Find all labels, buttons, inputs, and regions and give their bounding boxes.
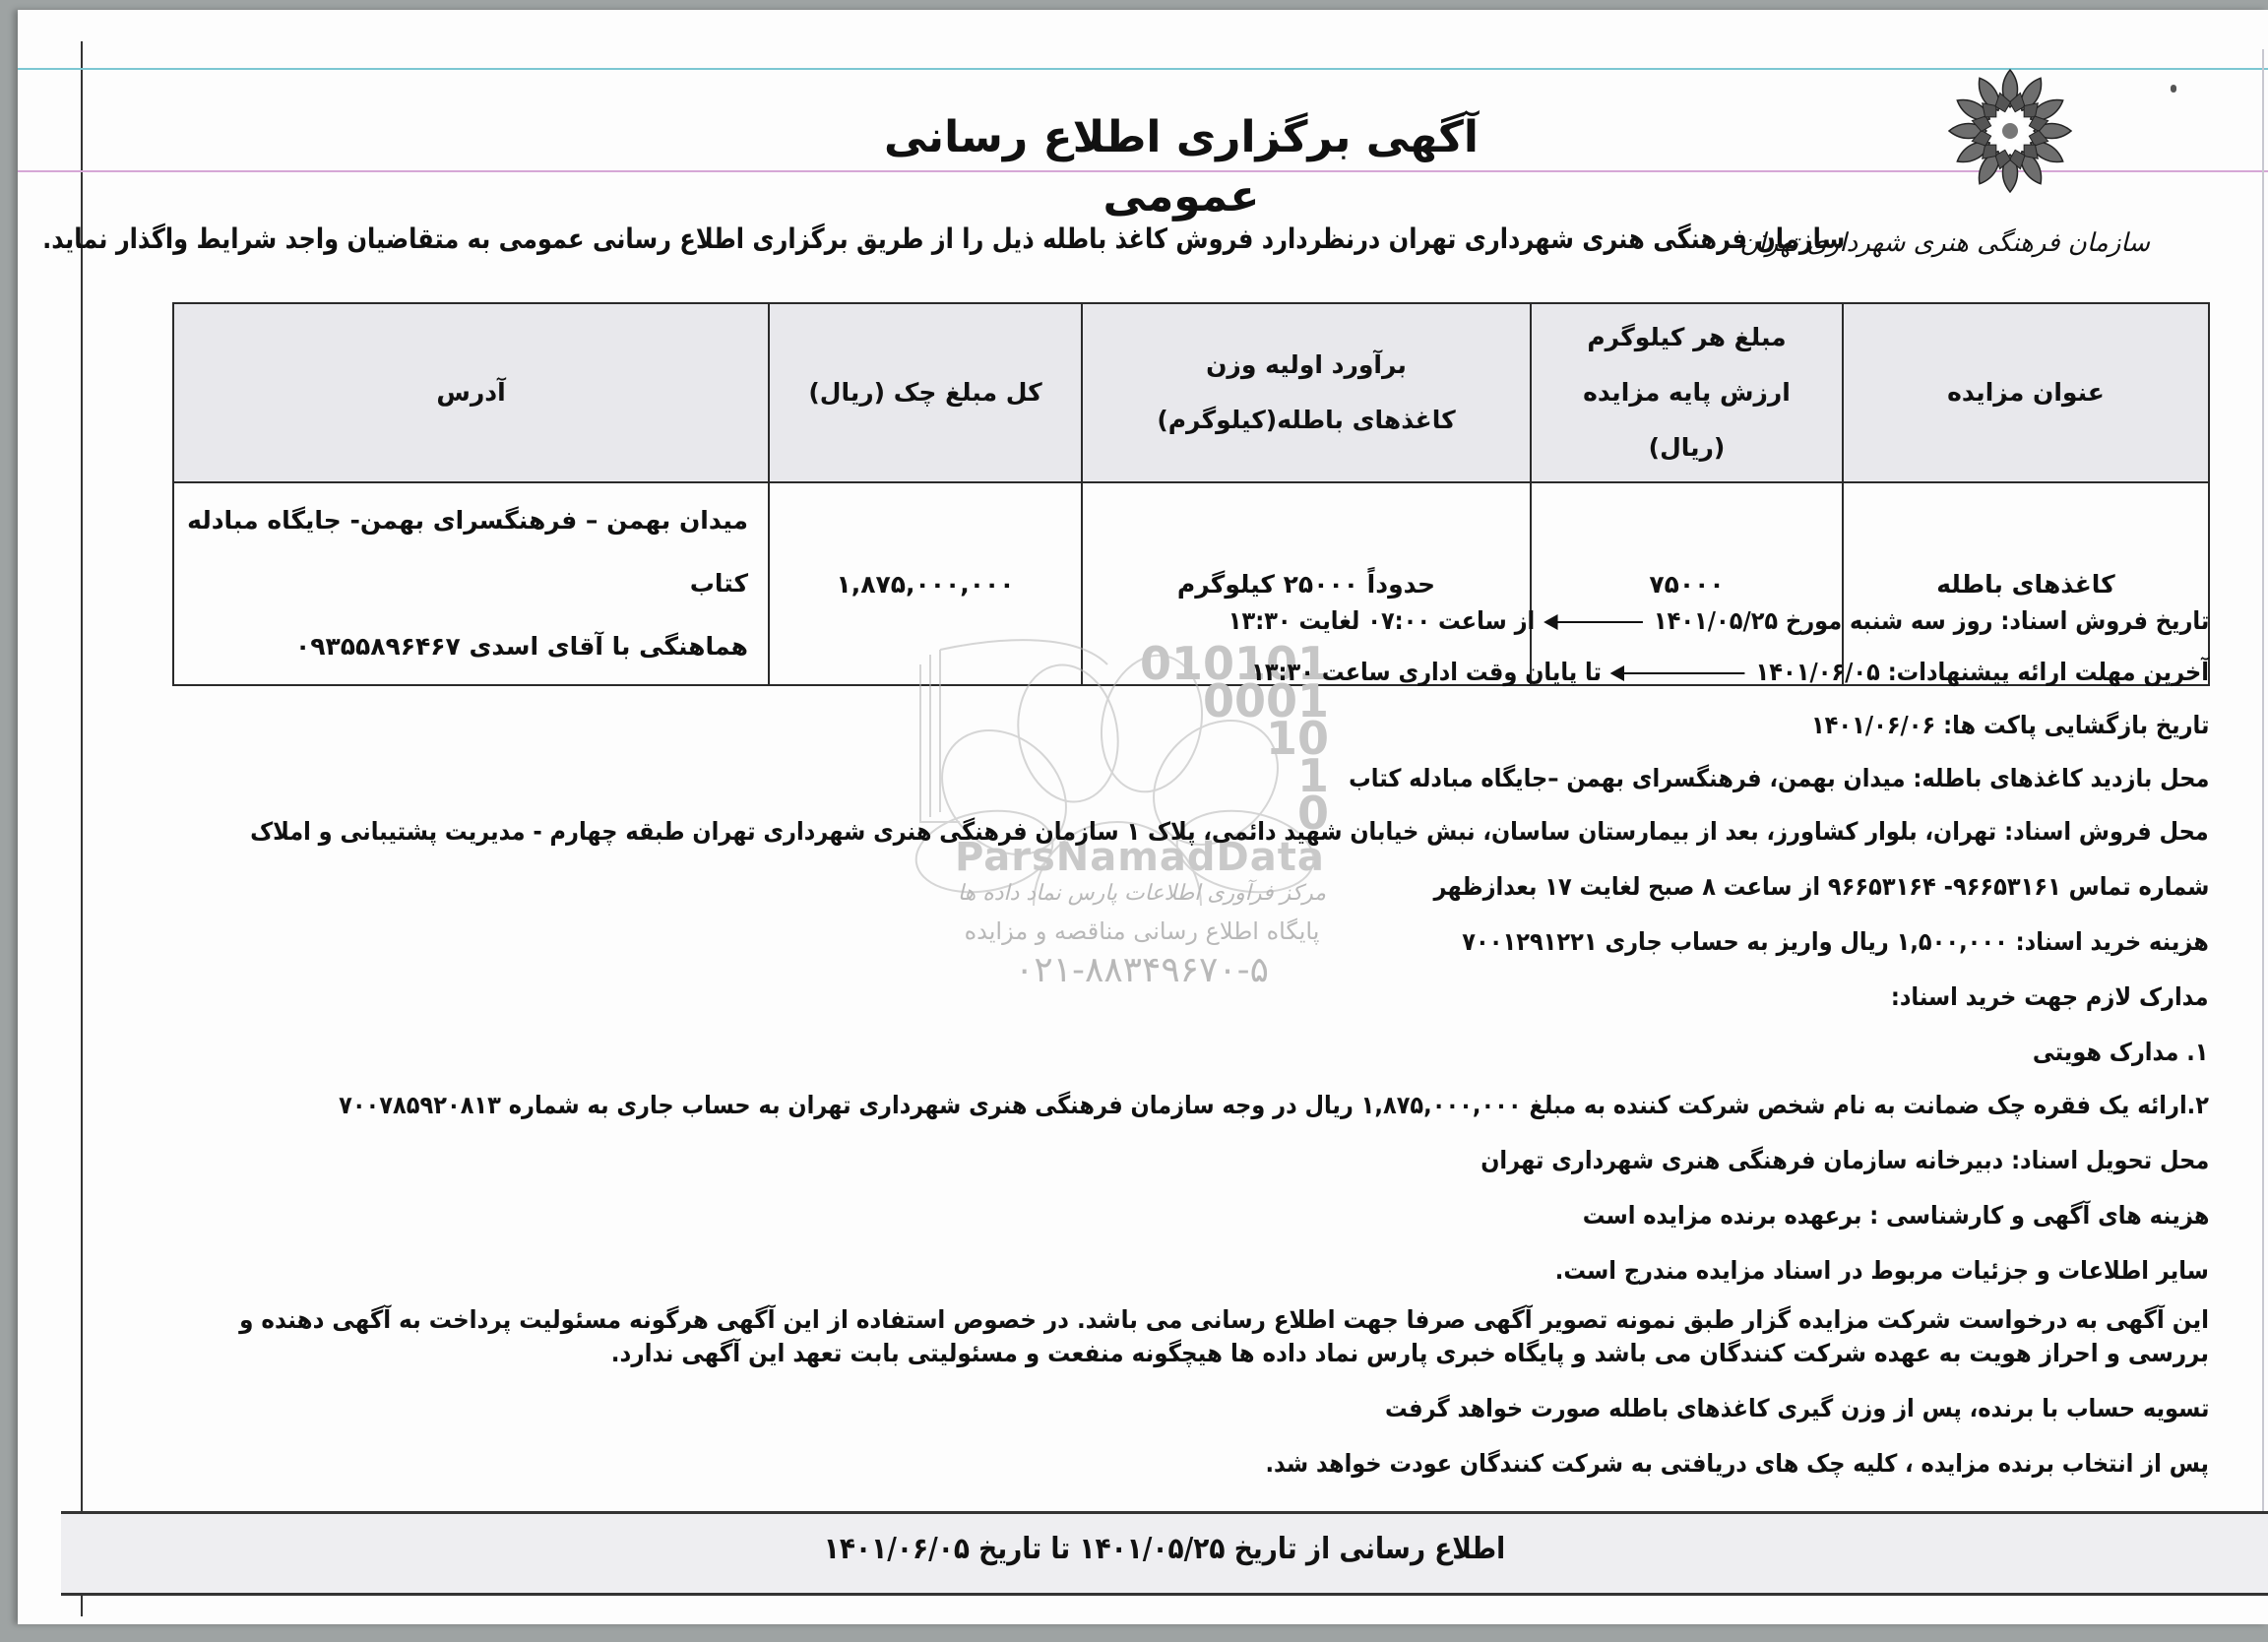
arrow-left-icon — [1545, 621, 1643, 623]
header-price-per-kg: مبلغ هر کیلوگرمارزش پایه مزایده (ریال) — [1531, 303, 1843, 482]
deadline-line: آخرین مهلت ارائه پیشنهادات: ۱۴۰۱/۰۶/۰۵تا… — [1251, 658, 2209, 686]
header-auction-title: عنوان مزایده — [1843, 303, 2209, 482]
contact-line: شماره تماس ۹۶۶۵۳۱۶۱- ۹۶۶۵۳۱۶۴ از ساعت ۸ … — [1433, 872, 2209, 901]
publication-period-band: اطلاع رسانی از تاریخ ۱۴۰۱/۰۵/۲۵ تا تاریخ… — [61, 1511, 2268, 1596]
check-return-line: پس از انتخاب برنده مزایده ، کلیه چک های … — [1266, 1449, 2209, 1478]
notice-title: آگهی برگزاری اطلاع رسانی عمومی — [847, 108, 1516, 226]
header-weight-estimate: برآورد اولیه وزنکاغذهای باطله(کیلوگرم) — [1082, 303, 1531, 482]
scan-speck — [2171, 85, 2176, 93]
municipality-rosette-logo-icon — [1946, 67, 2074, 195]
other-info-line: سایر اطلاعات و جزئیات مربوط در اسناد مزا… — [1555, 1256, 2209, 1285]
ad-costs-line: هزینه های آگهی و کارشناسی : برعهده برنده… — [1582, 1201, 2209, 1230]
sale-date-line: تاریخ فروش اسناد: روز سه شنبه مورخ ۱۴۰۱/… — [1228, 606, 2209, 635]
required-docs-label: مدارک لازم جهت خرید اسناد: — [1891, 982, 2209, 1011]
opening-date-line: تاریخ بازگشایی پاکت ها: ۱۴۰۱/۰۶/۰۶ — [1810, 711, 2209, 739]
header-total-check: کل مبلغ چک (ریال) — [769, 303, 1082, 482]
settlement-line: تسویه حساب با برنده، پس از وزن گیری کاغذ… — [1385, 1394, 2209, 1422]
cell-price-per-kg: ۷۵۰۰۰ — [1531, 482, 1843, 685]
page-edge — [2262, 49, 2264, 1585]
publication-period: اطلاع رسانی از تاریخ ۱۴۰۱/۰۵/۲۵ تا تاریخ… — [194, 1532, 2136, 1566]
disclaimer-paragraph: این آگهی به درخواست شرکت مزایده گزار طبق… — [225, 1303, 2209, 1370]
cell-address: میدان بهمن – فرهنگسرای بهمن- جایگاه مباد… — [173, 482, 769, 685]
watermark-subtitle: مرکز فرآوری اطلاعات پارس نماد داده ها — [955, 881, 1329, 906]
doc-cost-line: هزینه خرید اسناد: ۱,۵۰۰,۰۰۰ ریال واریز ب… — [1462, 927, 2209, 956]
watermark-subtitle-2: پایگاه اطلاع رسانی مناقصه و مزایده — [955, 917, 1329, 945]
delivery-location-line: محل تحویل اسناد: دبیرخانه سازمان فرهنگی … — [1480, 1146, 2209, 1174]
arrow-left-icon — [1612, 672, 1745, 674]
margin-line — [81, 41, 83, 1616]
sale-location-line: محل فروش اسناد: تهران، بلوار کشاورز، بعد… — [250, 817, 2209, 846]
intro-paragraph: سازمان فرهنگی هنری شهرداری تهران درنظردا… — [42, 222, 1845, 255]
visit-location-line: محل بازدید کاغذهای باطله: میدان بهمن، فر… — [1349, 764, 2209, 792]
required-doc-item: ۱. مدارک هویتی — [2033, 1038, 2209, 1066]
table-header-row: عنوان مزایده مبلغ هر کیلوگرمارزش پایه مز… — [173, 303, 2209, 482]
watermark-phone: ۰۲۱-۸۸۳۴۹۶۷۰-۵ — [975, 950, 1309, 990]
required-doc-item: ۲.ارائه یک فقره چک ضمانت به نام شخص شرکت… — [339, 1091, 2209, 1119]
header-rule-cyan — [18, 68, 2268, 70]
cell-title: کاغذهای باطله — [1843, 482, 2209, 685]
header-address: آدرس — [173, 303, 769, 482]
